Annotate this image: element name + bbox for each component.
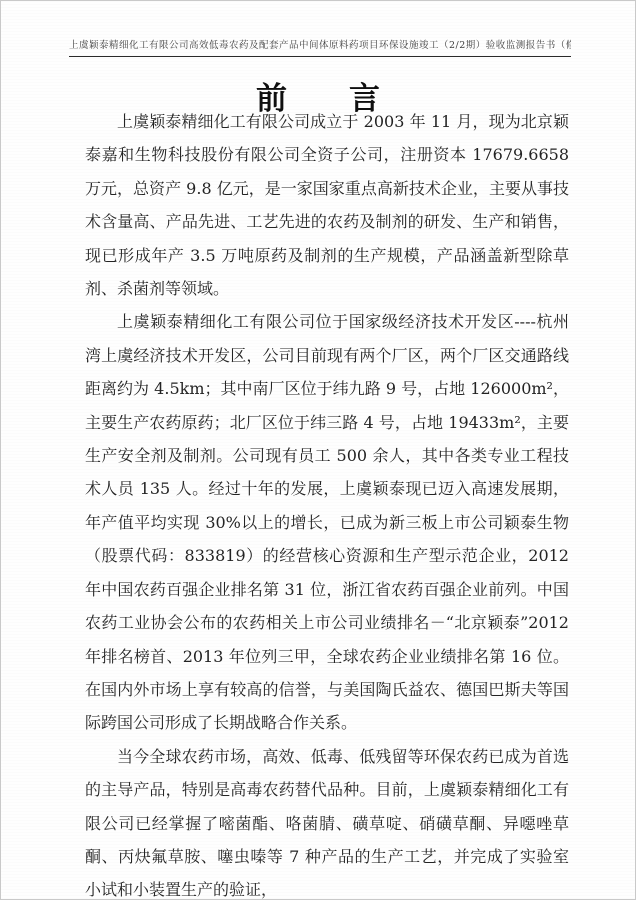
document-body: 上虞颖泰精细化工有限公司成立于 2003 年 11 月，现为北京颖泰嘉和生物科技… [85,105,569,900]
paragraph-market-products: 当今全球农药市场，高效、低毒、低残留等环保农药已成为首选的主导产品，特别是高毒农… [85,740,569,900]
running-header: 上虞颖泰精细化工有限公司高效低毒农药及配套产品中间体原料药项目环保设施竣工（2/… [69,37,571,57]
paragraph-company-intro: 上虞颖泰精细化工有限公司成立于 2003 年 11 月，现为北京颖泰嘉和生物科技… [85,105,569,305]
running-header-text: 上虞颖泰精细化工有限公司高效低毒农药及配套产品中间体原料药项目环保设施竣工（2/… [69,40,571,51]
paragraph-location-achievements: 上虞颖泰精细化工有限公司位于国家级经济技术开发区----杭州湾上虞经济技术开发区… [85,305,569,739]
scanned-document-page: 上虞颖泰精细化工有限公司高效低毒农药及配套产品中间体原料药项目环保设施竣工（2/… [0,0,636,900]
